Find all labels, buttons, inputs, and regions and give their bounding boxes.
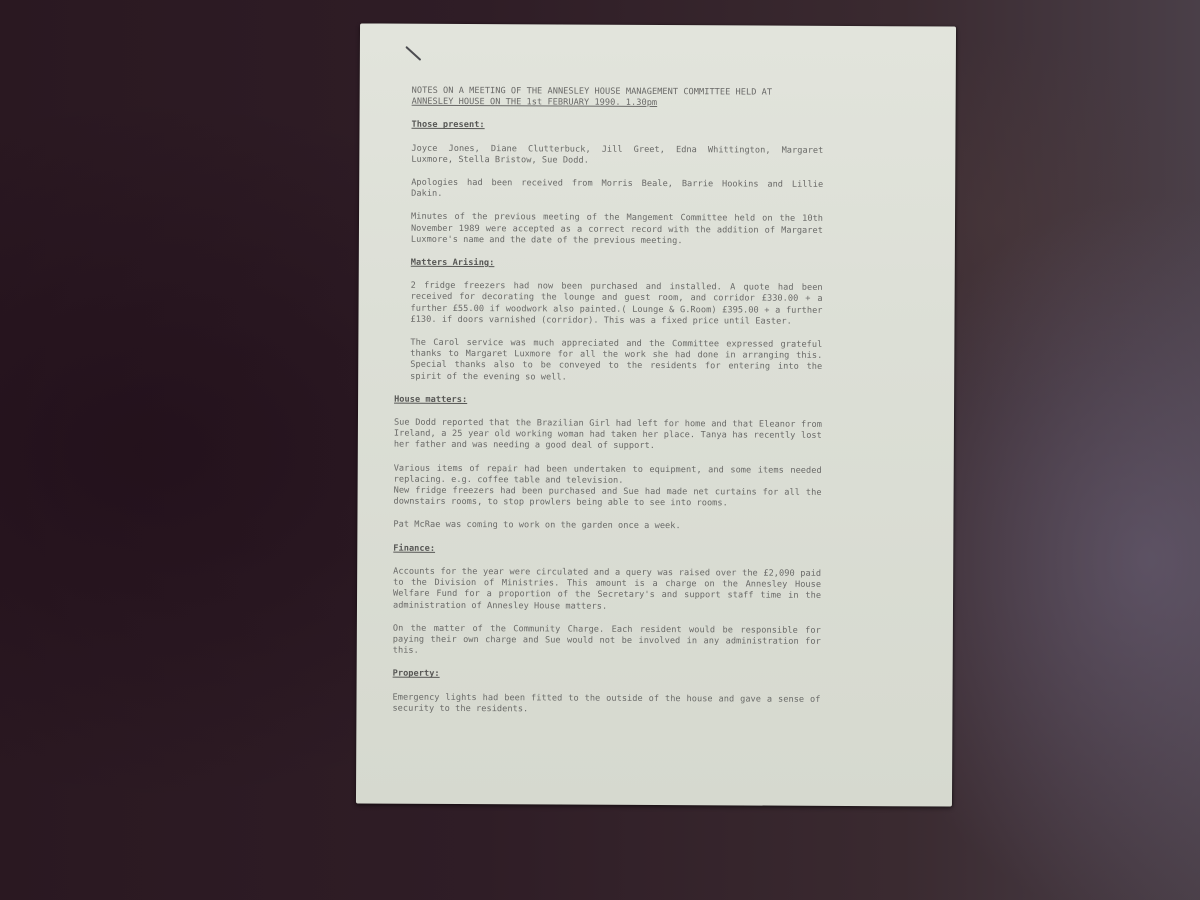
attendees-paragraph: Joyce Jones, Diane Clutterbuck, Jill Gre…: [411, 143, 823, 168]
section-heading-matters-arising: Matters Arising:: [411, 258, 823, 271]
emergency-lights-paragraph: Emergency lights had been fitted to the …: [392, 692, 820, 717]
document-body: NOTES ON A MEETING OF THE ANNESLEY HOUSE…: [388, 86, 823, 729]
section-heading-those-present: Those present:: [411, 120, 823, 133]
meeting-notes-page: NOTES ON A MEETING OF THE ANNESLEY HOUSE…: [356, 23, 956, 806]
section-heading-property: Property:: [393, 669, 821, 682]
community-charge-paragraph: On the matter of the Community Charge. E…: [393, 623, 821, 659]
curtains-paragraph: New fridge freezers had been purchased a…: [394, 486, 822, 511]
section-heading-house-matters: House matters:: [394, 394, 822, 407]
accounts-paragraph: Accounts for the year were circulated an…: [393, 567, 821, 614]
apologies-paragraph: Apologies had been received from Morris …: [411, 178, 823, 203]
residents-paragraph: Sue Dodd reported that the Brazilian Gir…: [394, 418, 822, 454]
garden-paragraph: Pat McRae was coming to work on the gard…: [393, 520, 821, 533]
section-house-matters: House matters: Sue Dodd reported that th…: [393, 394, 822, 533]
pen-mark: [405, 46, 421, 61]
previous-minutes-paragraph: Minutes of the previous meeting of the M…: [411, 212, 823, 248]
section-property: Property: Emergency lights had been fitt…: [392, 669, 820, 717]
section-finance: Finance: Accounts for the year were circ…: [393, 543, 822, 659]
section-those-present: Those present: Joyce Jones, Diane Clutte…: [411, 120, 824, 248]
section-heading-finance: Finance:: [393, 543, 821, 556]
title-line-2: ANNESLEY HOUSE ON THE 1st FEBRUARY 1990.…: [412, 97, 822, 110]
document-title: NOTES ON A MEETING OF THE ANNESLEY HOUSE…: [412, 86, 822, 111]
fridge-decorating-paragraph: 2 fridge freezers had now been purchased…: [410, 281, 822, 328]
carol-service-paragraph: The Carol service was much appreciated a…: [410, 338, 822, 385]
section-matters-arising: Matters Arising: 2 fridge freezers had n…: [410, 258, 823, 385]
repairs-paragraph: Various items of repair had been underta…: [394, 463, 822, 488]
